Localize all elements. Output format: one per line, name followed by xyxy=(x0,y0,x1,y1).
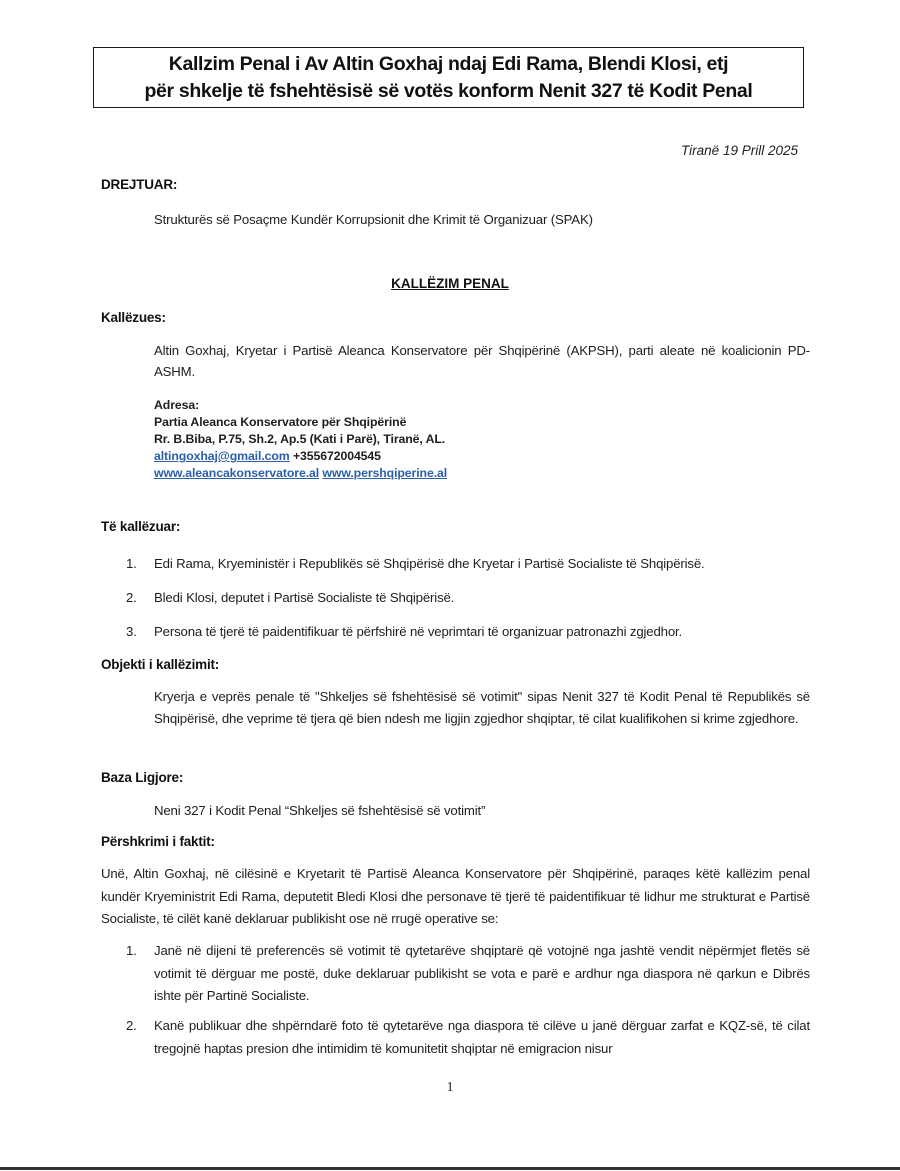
list-number: 3. xyxy=(126,621,137,642)
legal-basis-text: Neni 327 i Kodit Penal “Shkeljes së fshe… xyxy=(154,800,485,821)
complainant-text: Altin Goxhaj, Kryetar i Partisë Aleanca … xyxy=(154,340,810,382)
list-item-text: Persona të tjerë të paidentifikuar të pë… xyxy=(154,621,810,642)
list-item-text: Kanë publikuar dhe shpërndarë foto të qy… xyxy=(154,1015,810,1060)
complainant-address-block: Adresa: Partia Aleanca Konservatore për … xyxy=(154,397,447,482)
list-item-text: Bledi Klosi, deputet i Partisë Socialist… xyxy=(154,587,810,608)
facts-heading: Përshkrimi i faktit: xyxy=(101,834,215,849)
phone-number: +355672004545 xyxy=(293,449,381,463)
accused-list-item: 3. Persona të tjerë të paidentifikuar të… xyxy=(126,621,810,642)
accused-heading: Të kallëzuar: xyxy=(101,519,180,534)
address-websites-line: www.aleancakonservatore.al www.pershqipe… xyxy=(154,465,447,482)
facts-intro: Unë, Altin Goxhaj, në cilësinë e Kryetar… xyxy=(101,863,810,931)
title-line-1: Kallzim Penal i Av Altin Goxhaj ndaj Edi… xyxy=(94,51,803,78)
document-date: Tiranë 19 Prill 2025 xyxy=(681,143,798,158)
website-link-pershqiperine[interactable]: www.pershqiperine.al xyxy=(322,466,447,480)
list-item-text: Janë në dijeni të preferencës së votimit… xyxy=(154,940,810,1008)
list-item-text: Edi Rama, Kryeministër i Republikës së S… xyxy=(154,553,810,574)
address-label: Adresa: xyxy=(154,397,447,414)
title-line-2: për shkelje të fshehtësisë së votës konf… xyxy=(94,78,803,105)
page-bottom-divider xyxy=(0,1167,900,1170)
object-heading: Objekti i kallëzimit: xyxy=(101,657,219,672)
list-number: 1. xyxy=(126,940,137,963)
document-title-box: Kallzim Penal i Av Altin Goxhaj ndaj Edi… xyxy=(93,47,804,108)
address-organization: Partia Aleanca Konservatore për Shqipëri… xyxy=(154,414,447,431)
facts-list-item: 2. Kanë publikuar dhe shpërndarë foto të… xyxy=(126,1015,810,1060)
facts-list-item: 1. Janë në dijeni të preferencës së voti… xyxy=(126,940,810,1008)
accused-list-item: 1. Edi Rama, Kryeministër i Republikës s… xyxy=(126,553,810,574)
addressed-to-heading: DREJTUAR: xyxy=(101,177,177,192)
list-number: 1. xyxy=(126,553,137,574)
accused-list-item: 2. Bledi Klosi, deputet i Partisë Social… xyxy=(126,587,810,608)
document-main-title: KALLËZIM PENAL xyxy=(0,276,900,291)
list-number: 2. xyxy=(126,1015,137,1038)
website-link-aleancakonservatore[interactable]: www.aleancakonservatore.al xyxy=(154,466,319,480)
object-text: Kryerja e veprës penale të "Shkeljes së … xyxy=(154,686,810,730)
page-number: 1 xyxy=(0,1080,900,1096)
addressed-to-recipient: Strukturës së Posaçme Kundër Korrupsioni… xyxy=(154,209,593,230)
address-contact-line: altingoxhaj@gmail.com +355672004545 xyxy=(154,448,447,465)
list-number: 2. xyxy=(126,587,137,608)
legal-basis-heading: Baza Ligjore: xyxy=(101,770,183,785)
complainant-heading: Kallëzues: xyxy=(101,310,166,325)
address-street: Rr. B.Biba, P.75, Sh.2, Ap.5 (Kati i Par… xyxy=(154,431,447,448)
document-page: Kallzim Penal i Av Altin Goxhaj ndaj Edi… xyxy=(0,0,900,1171)
email-link[interactable]: altingoxhaj@gmail.com xyxy=(154,449,290,463)
